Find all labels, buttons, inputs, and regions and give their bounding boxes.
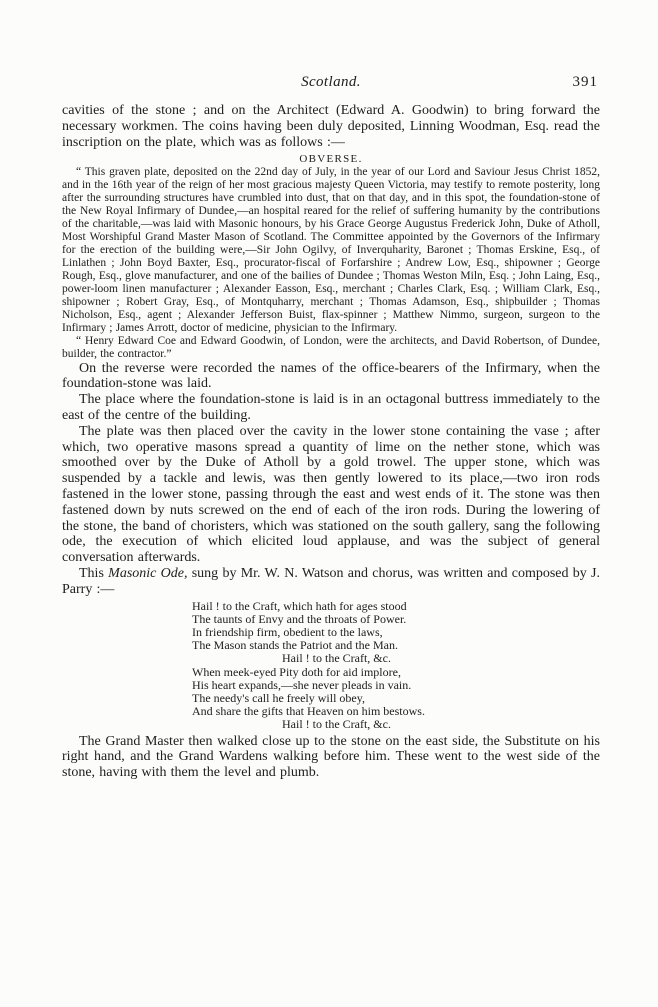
page-number: 391 <box>573 74 599 91</box>
inscription-paragraph: “ Henry Edward Coe and Edward Goodwin, o… <box>62 335 600 361</box>
ode-refrain-line: Hail ! to the Craft, &c. <box>192 652 600 665</box>
paragraph-continuation: cavities of the stone ; and on the Archi… <box>62 103 600 150</box>
page-header: Scotland. 391 <box>62 74 600 94</box>
paragraph: The place where the foundation-stone is … <box>62 392 600 424</box>
ode-line: And share the gifts that Heaven on him b… <box>192 705 600 718</box>
ode-line: The Mason stands the Patriot and the Man… <box>192 639 600 652</box>
ode-line: When meek-eyed Pity doth for aid implore… <box>192 666 600 679</box>
page-body: cavities of the stone ; and on the Archi… <box>62 103 600 781</box>
paragraph: The Grand Master then walked close up to… <box>62 734 600 781</box>
obverse-heading: OBVERSE. <box>62 153 600 165</box>
running-title: Scotland. <box>62 74 600 91</box>
paragraph: This Masonic Ode, sung by Mr. W. N. Wats… <box>62 566 600 598</box>
ode-line: Hail ! to the Craft, which hath for ages… <box>192 600 600 613</box>
masonic-ode: Hail ! to the Craft, which hath for ages… <box>192 600 600 732</box>
ode-refrain-line: Hail ! to the Craft, &c. <box>192 718 600 731</box>
ode-intro-text: This <box>79 566 108 581</box>
ode-title-italic: Masonic Ode, <box>108 566 187 581</box>
paragraph: On the reverse were recorded the names o… <box>62 361 600 393</box>
inscription-paragraph: “ This graven plate, deposited on the 22… <box>62 166 600 334</box>
book-page: Scotland. 391 cavities of the stone ; an… <box>0 0 658 1007</box>
paragraph: The plate was then placed over the cavit… <box>62 424 600 566</box>
